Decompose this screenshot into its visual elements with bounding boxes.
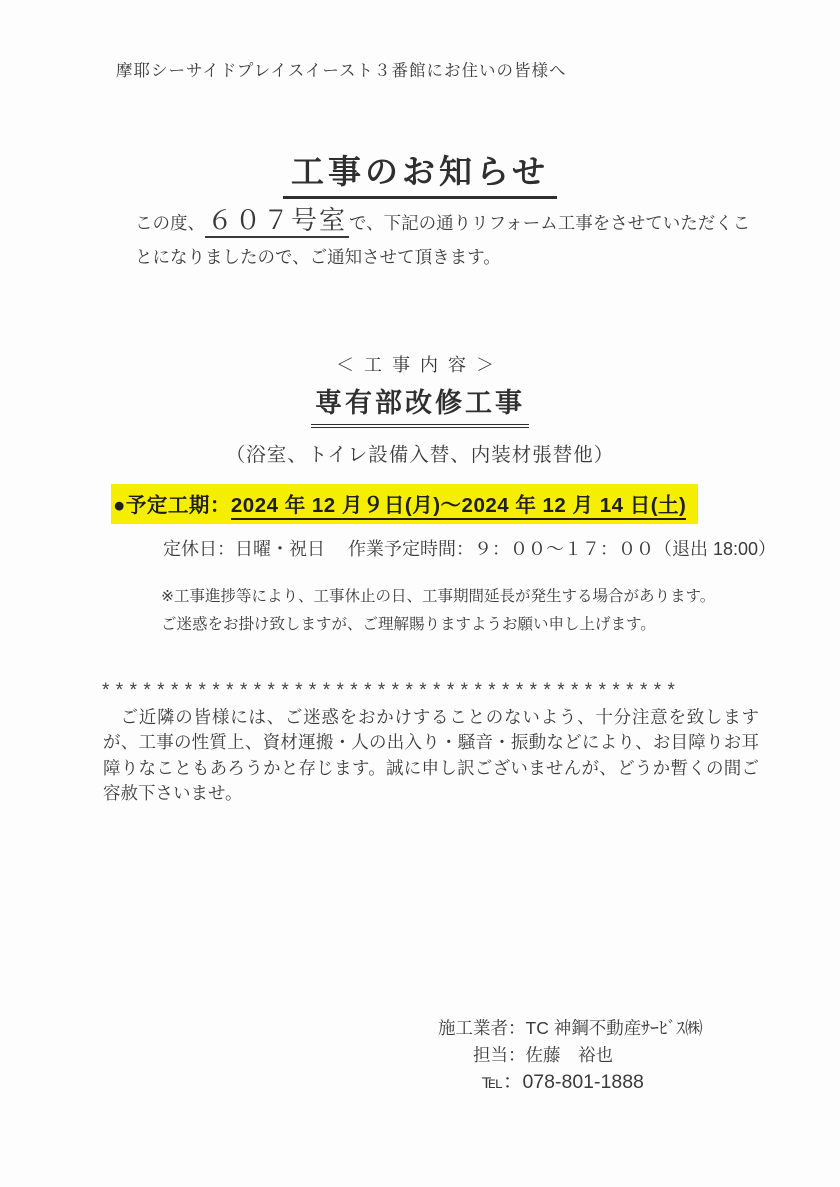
contact-block: 施工業者：TC 神鋼不動産ｻｰﾋﾞｽ㈱ 担当：佐藤 裕也 ℡：078-801-1… xyxy=(438,1015,702,1096)
note-line-2: ご迷惑をお掛け致しますが、ご理解賜りますようお願い申し上げます。 xyxy=(161,611,715,639)
work-name: 専有部改修工事 xyxy=(311,381,529,428)
notice-title-row: 工事のお知らせ xyxy=(0,146,840,199)
intro-paragraph: この度、６０７号室で、下記の通りリフォーム工事をさせていただくことになりましたの… xyxy=(135,206,767,274)
work-scope: （浴室、トイレ設備入替、内装材張替他） xyxy=(0,439,840,467)
work-name-row: 専有部改修工事 xyxy=(0,381,840,428)
schedule-period: 2024 年 12 月９日(月)～2024 年 12 月 14 日(土) xyxy=(231,494,687,520)
schedule-label: ●予定工期： xyxy=(113,494,231,517)
asterisk-divider: ****************************************… xyxy=(102,680,681,702)
tel-line: ℡：078-801-1888 xyxy=(482,1069,702,1096)
construction-notice-page: 摩耶シーサイドプレイスイースト３番館にお住いの皆様へ 工事のお知らせ この度、６… xyxy=(0,0,840,1187)
recipient-line: 摩耶シーサイドプレイスイースト３番館にお住いの皆様へ xyxy=(116,57,567,81)
contact-person-line: 担当：佐藤 裕也 xyxy=(473,1042,702,1069)
apology-paragraph: ご近隣の皆様には、ご迷惑をおかけすることのないよう、十分注意を致しますが、工事の… xyxy=(103,705,759,807)
schedule-highlight: ●予定工期：2024 年 12 月９日(月)～2024 年 12 月 14 日(… xyxy=(111,484,698,524)
hours-line: 定休日：日曜・祝日 作業予定時間：９：００～１７：００（退出 18:00） xyxy=(163,535,776,561)
intro-before: この度、 xyxy=(135,213,205,233)
note-line-1: ※工事進捗等により、工事休止の日、工事期間延長が発生する場合があります。 xyxy=(161,583,715,611)
contractor-line: 施工業者：TC 神鋼不動産ｻｰﾋﾞｽ㈱ xyxy=(438,1015,702,1042)
notice-title: 工事のお知らせ xyxy=(283,146,557,199)
room-number: ６０７号室 xyxy=(205,205,349,238)
content-section-heading: ＜工事内容＞ xyxy=(0,351,840,377)
note-block: ※工事進捗等により、工事休止の日、工事期間延長が発生する場合があります。 ご迷惑… xyxy=(161,583,715,638)
